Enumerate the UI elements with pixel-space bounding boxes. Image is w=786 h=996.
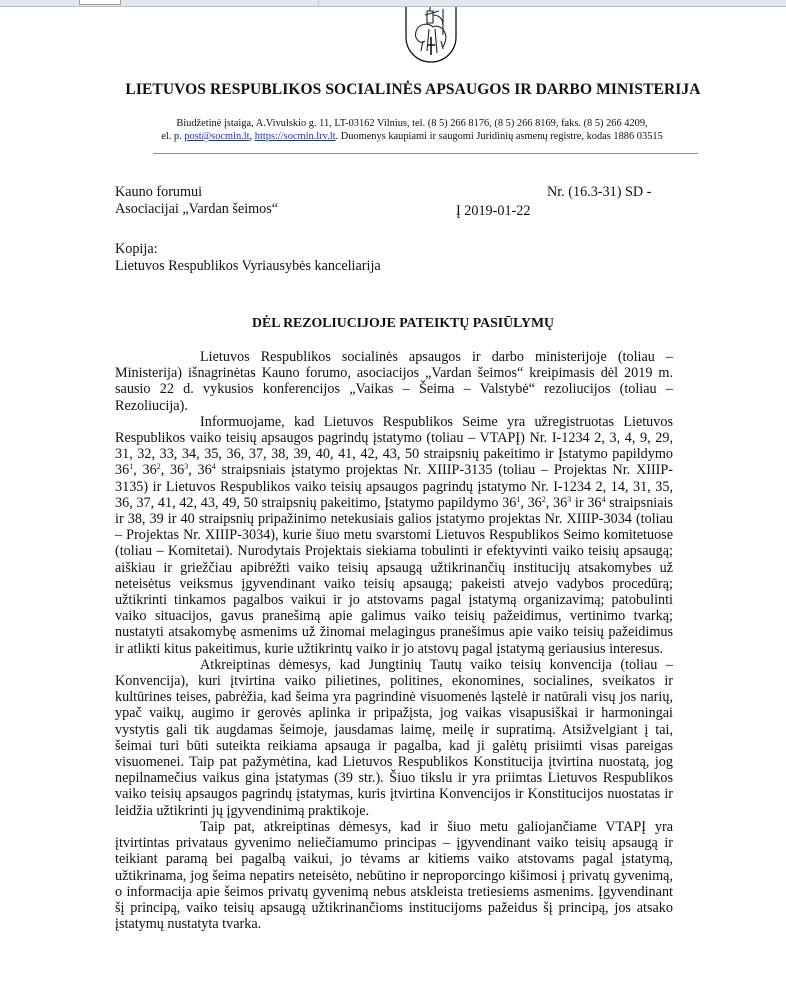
coat-of-arms-icon: [403, 7, 459, 63]
paragraph-3: Atkreiptinas dėmesys, kad Jungtinių Taut…: [115, 657, 673, 819]
document-title: DĖL REZOLIUCIJOJE PATEIKTŲ PASIŪLYMŲ: [0, 315, 786, 331]
email-link[interactable]: post@socmin.lt: [184, 131, 249, 142]
ministry-name: LIETUVOS RESPUBLIKOS SOCIALINĖS APSAUGOS…: [0, 81, 786, 99]
website-link[interactable]: https://socmin.lrv.lt: [255, 131, 336, 142]
header-divider: [153, 153, 698, 154]
toolbar-separator: [318, 0, 319, 6]
email-prefix: el. p.: [161, 131, 184, 142]
copy-recipient: Lietuvos Respublikos Vyriausybės kanceli…: [115, 258, 381, 275]
paragraph-1: Lietuvos Respublikos socialinės apsaugos…: [115, 349, 673, 414]
viewer-toolbar: [0, 0, 786, 7]
registration-number: Nr. (16.3-31) SD -: [547, 184, 651, 201]
addressee-line-2: Asociacijai „Vardan šeimos“: [115, 201, 278, 218]
paragraph-4: Taip pat, atkreiptinas dėmesys, kad ir š…: [115, 819, 673, 932]
registry-info: . Duomenys kaupiami ir saugomi Juridinių…: [336, 131, 663, 142]
ministry-contacts: Biudžetinė įstaiga, A.Vivulskio g. 11, L…: [0, 117, 786, 143]
addressee-line-1: Kauno forumui: [115, 184, 202, 201]
document-body: Lietuvos Respublikos socialinės apsaugos…: [115, 349, 673, 932]
contact-email-line: el. p. post@socmin.lt, https://socmin.lr…: [38, 130, 786, 143]
toolbar-input-box[interactable]: [79, 0, 121, 5]
copy-label: Kopija:: [115, 241, 158, 258]
paragraph-2: Informuojame, kad Lietuvos Respublikos S…: [115, 414, 673, 657]
reply-to-date: Į 2019-01-22: [456, 203, 530, 220]
contact-address-line: Biudžetinė įstaiga, A.Vivulskio g. 11, L…: [38, 117, 786, 130]
